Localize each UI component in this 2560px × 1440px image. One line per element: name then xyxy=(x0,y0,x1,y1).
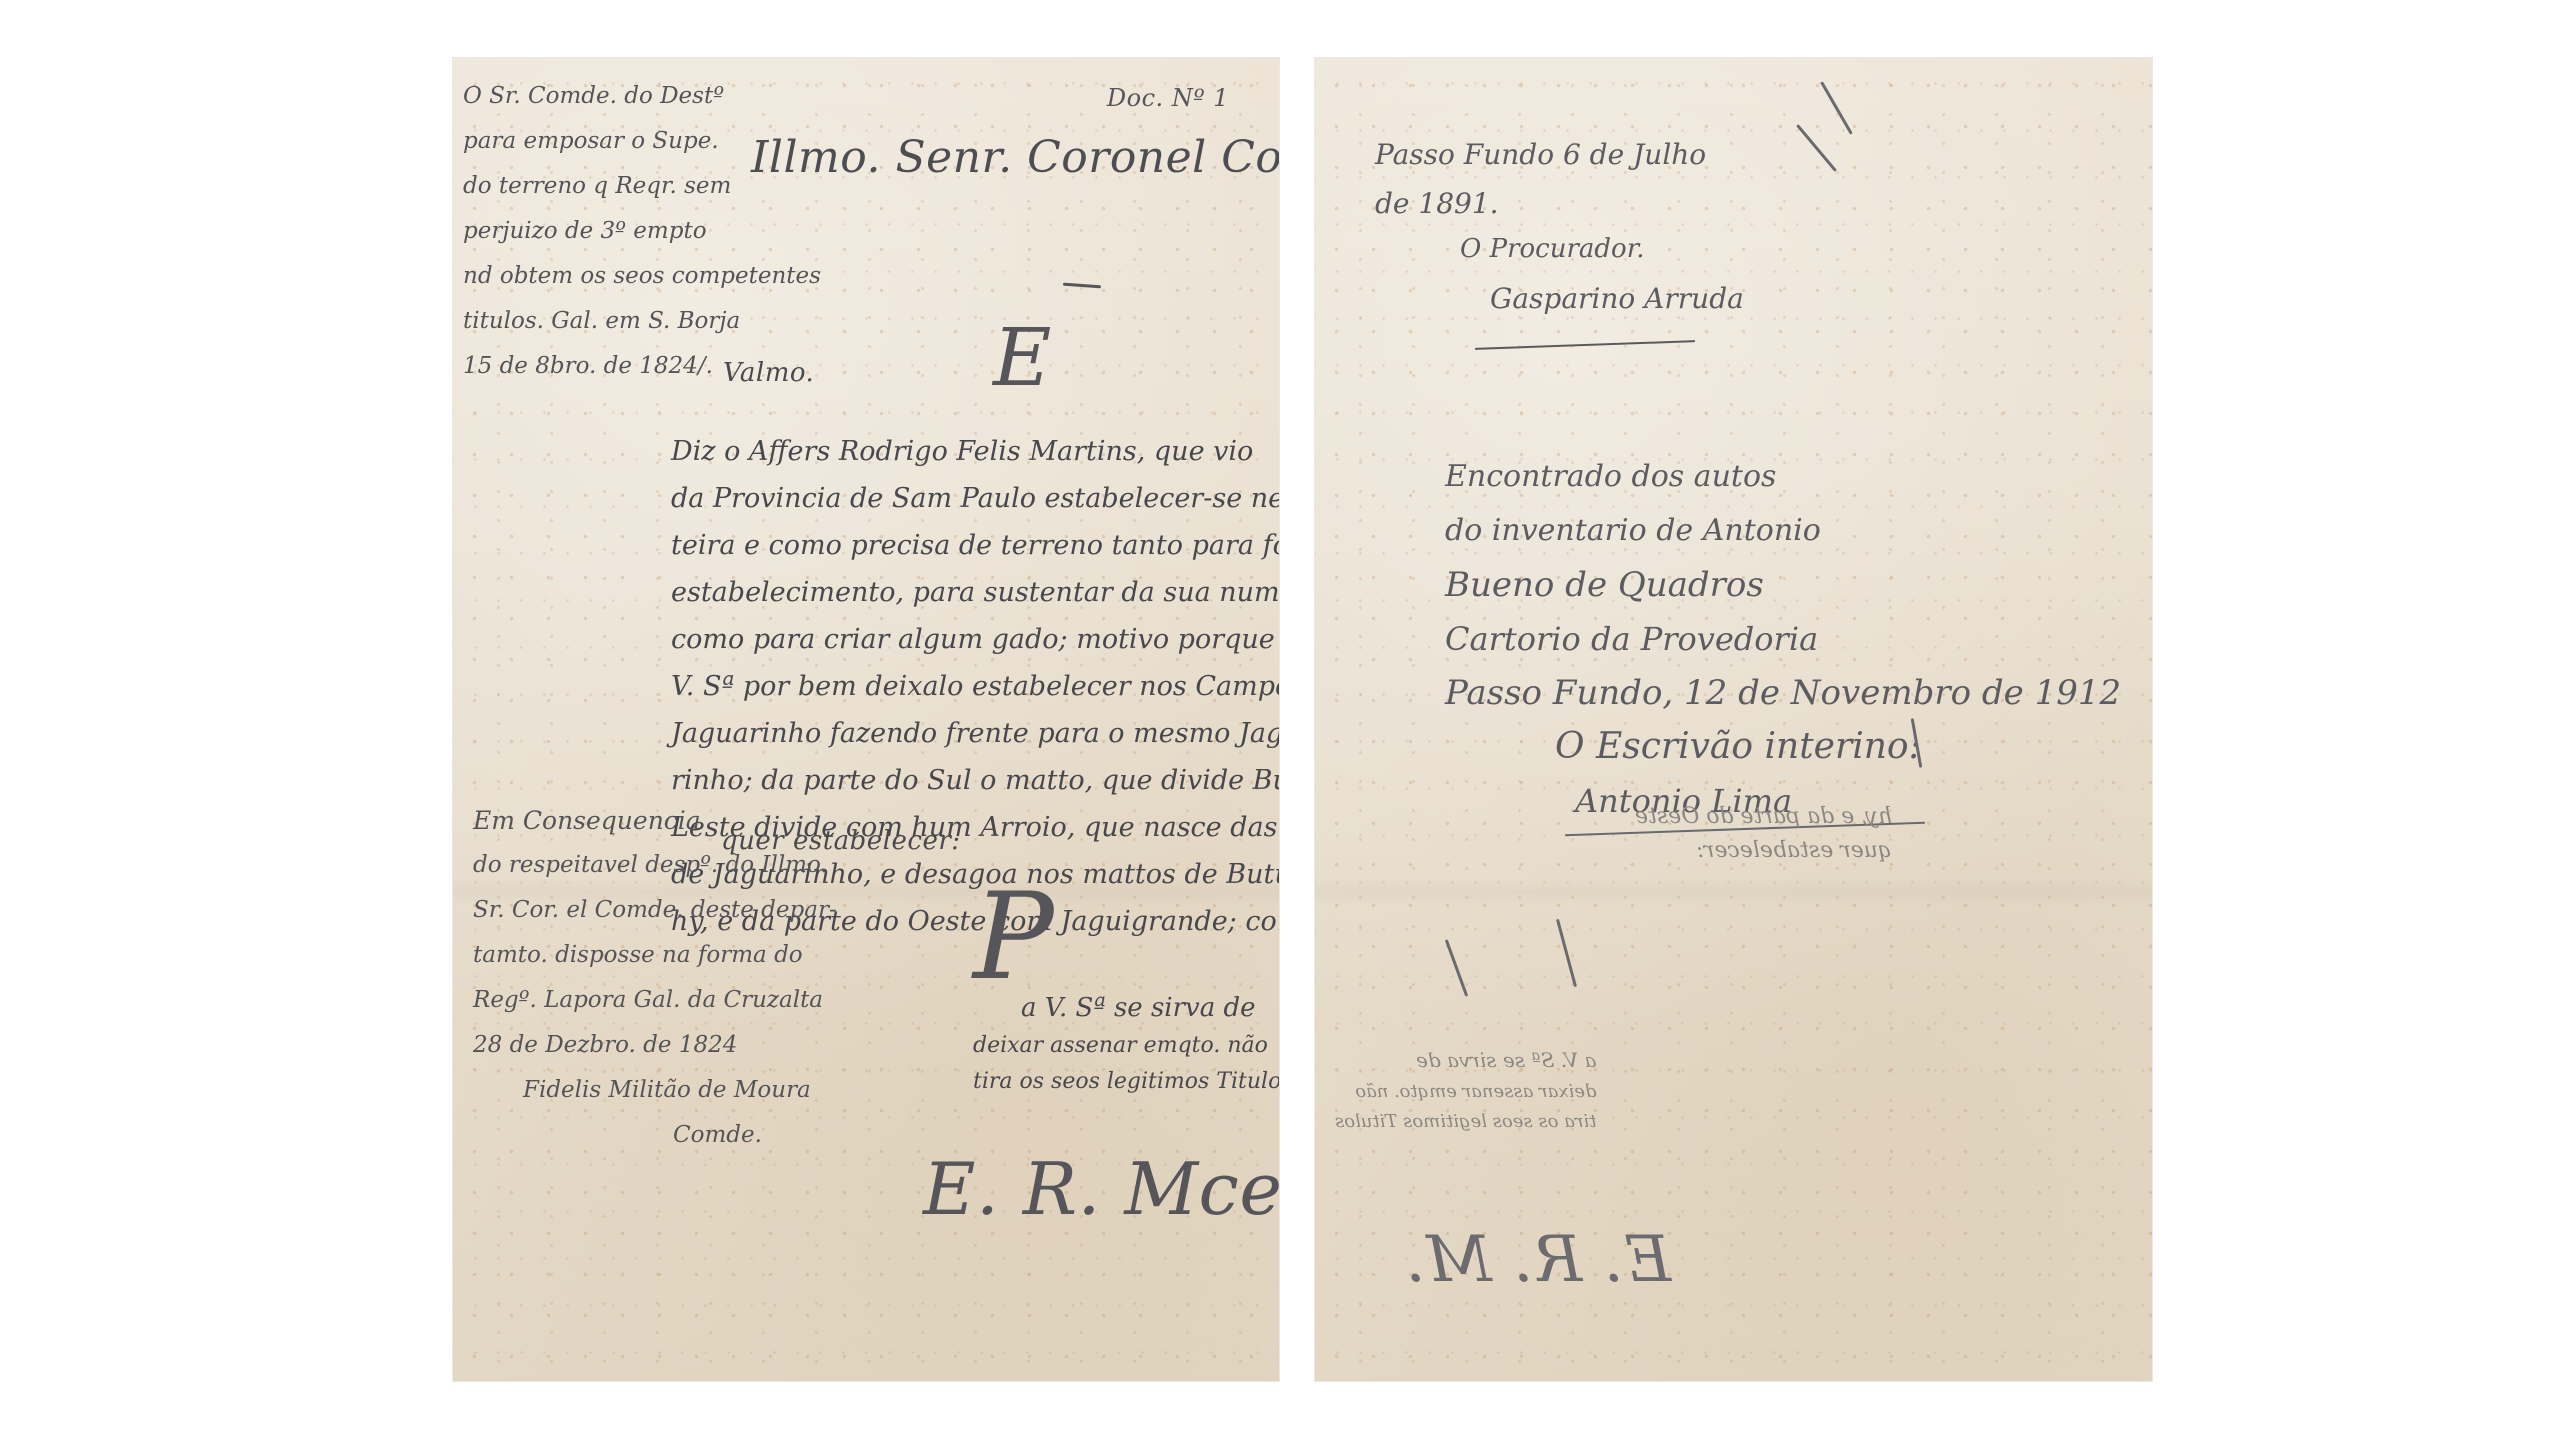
petition-line: teira e como precisa de terreno tanto pa… xyxy=(671,522,1279,569)
petition-line: Jaguarinho fazendo frente para o mesmo J… xyxy=(671,710,1279,757)
petition-line: como para criar algum gado; motivo porqu… xyxy=(671,616,1279,663)
signature-underline xyxy=(1475,340,1695,350)
petition-line: rinho; da parte do Sul o matto, que divi… xyxy=(671,757,1279,804)
petition-line: Diz o Affers Rodrigo Felis Martins, que … xyxy=(671,428,1279,475)
margin-note-line: tamto. disposse na forma do xyxy=(473,933,837,978)
ink-mark xyxy=(1063,283,1101,289)
initial-letter-flourish: E xyxy=(993,318,1052,398)
manuscript-page-right: Passo Fundo 6 de Julho de 1891. O Procur… xyxy=(1315,58,2152,1381)
margin-note-title: Comde. xyxy=(473,1113,837,1158)
margin-note-line: do terreno q Reqr. sem xyxy=(463,164,821,209)
document-viewer: Doc. Nº 1 Illmo. Senr. Coronel Comde. Jo… xyxy=(0,0,2560,1440)
certification-date: Passo Fundo, 12 de Novembro de 1912 xyxy=(1445,666,2121,720)
margin-note-line: nd obtem os seos competentes xyxy=(463,254,821,299)
document-number: Doc. Nº 1 xyxy=(1107,86,1229,110)
bleed-through-signature: E. R. M. xyxy=(1405,1228,1671,1292)
bleed-through-line: tira os seos legitimos Titulos xyxy=(1335,1107,1597,1137)
certification: Encontrado dos autos do inventario de An… xyxy=(1445,450,2121,828)
petition-line: da Provincia de Sam Paulo estabelecer-se… xyxy=(671,475,1279,522)
margin-note-top: O Sr. Comde. do Destº para emposar o Sup… xyxy=(463,74,821,389)
margin-note-line: Sr. Cor. el Comde. deste depar- xyxy=(473,888,837,933)
header-note-line: Passo Fundo 6 de Julho xyxy=(1375,128,1744,182)
certification-line: Encontrado dos autos xyxy=(1445,450,2121,504)
petition-line: estabelecimento, para sustentar da sua n… xyxy=(671,569,1279,616)
header-note: Passo Fundo 6 de Julho de 1891. O Procur… xyxy=(1375,128,1744,326)
certification-line: Cartorio da Provedoria xyxy=(1445,612,2121,666)
bleed-through-text: a V. Sª se sirva de deixar assenar emqto… xyxy=(1335,1043,1597,1137)
ink-mark xyxy=(1556,919,1577,987)
closing-line: a V. Sª se sirva de xyxy=(973,988,1279,1028)
closing-line: tira os seos legitimos Titulos xyxy=(973,1064,1279,1100)
ink-mark xyxy=(1445,939,1468,996)
bleed-through-text: hy, e da parte do Oeste quer estabelecer… xyxy=(1635,800,1892,868)
margin-note-signature: Valmo. xyxy=(723,360,814,386)
manuscript-page-left: Doc. Nº 1 Illmo. Senr. Coronel Comde. Jo… xyxy=(453,58,1279,1381)
closing-line: deixar assenar emqto. não xyxy=(973,1028,1279,1064)
petition-line: V. Sª por bem deixalo estabelecer nos Ca… xyxy=(671,663,1279,710)
closing-request: a V. Sª se sirva de deixar assenar emqto… xyxy=(973,988,1279,1100)
salutation: Illmo. Senr. Coronel Comde. Jo xyxy=(751,136,1279,180)
margin-note-line: para emposar o Supe. xyxy=(463,119,821,164)
margin-note-line: 28 de Dezbro. de 1824 xyxy=(473,1023,837,1068)
margin-note-signature: Fidelis Militão de Moura xyxy=(473,1068,837,1113)
bleed-through-line: hy, e da parte do Oeste xyxy=(1635,800,1892,834)
bleed-through-line: a V. Sª se sirva de xyxy=(1335,1043,1597,1077)
margin-note-line: O Sr. Comde. do Destº xyxy=(463,74,821,119)
ink-mark xyxy=(1820,81,1853,134)
margin-note-line: perjuizo de 3º empto xyxy=(463,209,821,254)
certification-line: Bueno de Quadros xyxy=(1445,558,2121,612)
petition-line-last: quer estabelecer: xyxy=(721,828,961,854)
margin-note-line: titulos. Gal. em S. Borja xyxy=(463,299,821,344)
header-note-line: de 1891. xyxy=(1375,182,1744,226)
margin-note-line: Regº. Lapora Gal. da Cruzalta xyxy=(473,978,837,1023)
certification-title: O Escrivão interino: xyxy=(1445,720,2121,774)
closing-signature: E. R. Mce. xyxy=(923,1153,1279,1225)
certification-line: do inventario de Antonio xyxy=(1445,504,2121,558)
bleed-through-line: quer estabelecer: xyxy=(1635,834,1892,868)
header-signature: Gasparino Arruda xyxy=(1375,272,1744,326)
bleed-through-line: deixar assenar emqto. não xyxy=(1335,1077,1597,1107)
header-note-line: O Procurador. xyxy=(1375,226,1744,272)
ink-mark xyxy=(1796,124,1837,172)
closing-flourish: P xyxy=(973,878,1054,998)
